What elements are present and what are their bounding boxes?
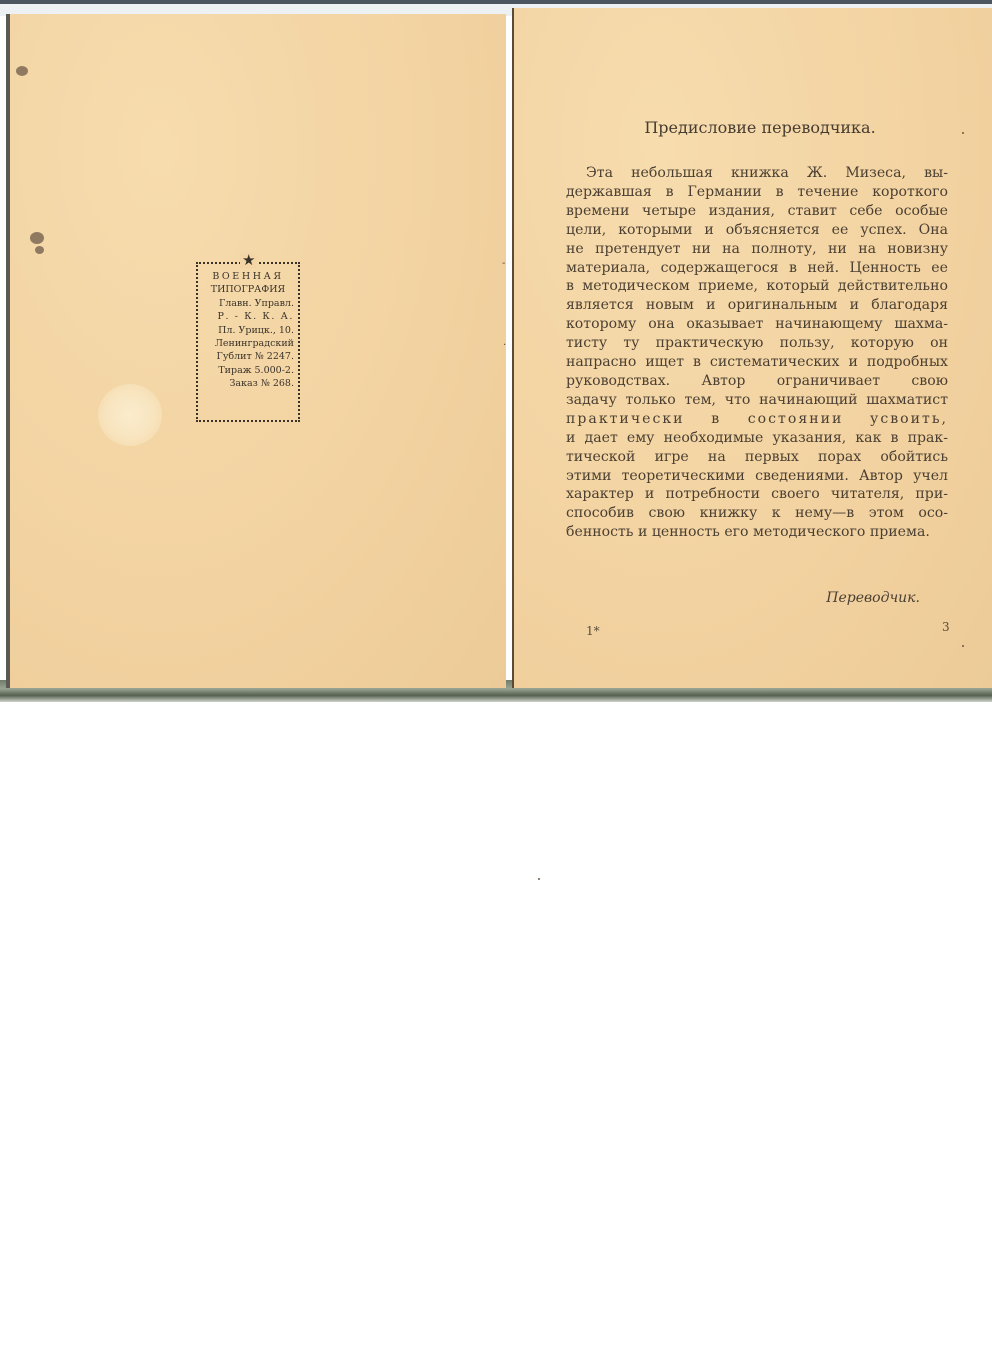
- text-line: тисту ту практическую пользу, которую он: [566, 334, 948, 353]
- text-line: которому она оказывает начинающему шахма…: [566, 315, 948, 334]
- gutter-nick: -: [502, 258, 505, 269]
- text-line: задачу только тем, что начинающий шахмат…: [566, 391, 948, 410]
- text-line: напрасно ищет в систематических и подроб…: [566, 353, 948, 372]
- ink-stain: [16, 66, 28, 76]
- imprint-line: ВОЕННАЯ: [202, 270, 294, 283]
- ink-stain: [35, 246, 44, 254]
- preface-paragraph: Эта небольшая книжка Ж. Мизеса, вы- держ…: [566, 164, 948, 542]
- gutter-nick: ·: [503, 340, 506, 351]
- imprint-line: Заказ № 268.: [202, 377, 294, 390]
- text-line: характер и потребности своего читателя, …: [566, 485, 948, 504]
- imprint-line: Главн. Управл.: [202, 297, 294, 310]
- text-line: практически в состоянии усвоить,: [566, 410, 948, 429]
- text-line: времени четыре издания, ставит себе особ…: [566, 202, 948, 221]
- text-line: державшая в Германии в течение короткого: [566, 183, 948, 202]
- text-line: этими теоретическими сведениями. Автор у…: [566, 467, 948, 486]
- text-line: способив свою книжку к нему—в этом осо-: [566, 504, 948, 523]
- text-line: цели, которыми и объясняется ее успех. О…: [566, 221, 948, 240]
- imprint-line: Гублит № 2247.: [202, 350, 294, 363]
- translator-signature: Переводчик.: [780, 590, 920, 606]
- speck: [538, 878, 540, 880]
- text-line: руководствах. Автор ограничивает свою: [566, 372, 948, 391]
- printer-imprint-box: ★ ВОЕННАЯ ТИПОГРАФИЯ Главн. Управл. Р. -…: [196, 262, 300, 422]
- water-stain: [98, 384, 162, 446]
- ink-stain: [30, 232, 44, 244]
- imprint-line: ТИПОГРАФИЯ: [202, 283, 294, 296]
- page-title: Предисловие переводчика.: [560, 118, 960, 137]
- page-number: 3: [942, 620, 950, 634]
- text-line: не претендует ни на полноту, ни на новиз…: [566, 240, 948, 259]
- text-line: в методическом приеме, который действите…: [566, 277, 948, 296]
- text-line: бенность и ценность его методического пр…: [566, 523, 948, 542]
- imprint-line: Ленинградский: [202, 337, 294, 350]
- text-line: и дает ему необходимые указания, как в п…: [566, 429, 948, 448]
- imprint-line: Тираж 5.000-2.: [202, 364, 294, 377]
- text-line: материала, содержащегося в ней. Ценность…: [566, 259, 948, 278]
- speck: [962, 132, 964, 134]
- imprint-line: Пл. Урицк., 10.: [202, 324, 294, 337]
- text-line: Эта небольшая книжка Ж. Мизеса, вы-: [566, 164, 948, 183]
- speck: [962, 645, 964, 647]
- signature-mark: 1*: [586, 624, 600, 638]
- text-line: тической игре на первых порах обойтись: [566, 448, 948, 467]
- imprint-line: Р. - К. К. А.: [202, 310, 294, 323]
- star-icon: ★: [240, 253, 257, 268]
- text-line: является новым и оригинальным и благодар…: [566, 296, 948, 315]
